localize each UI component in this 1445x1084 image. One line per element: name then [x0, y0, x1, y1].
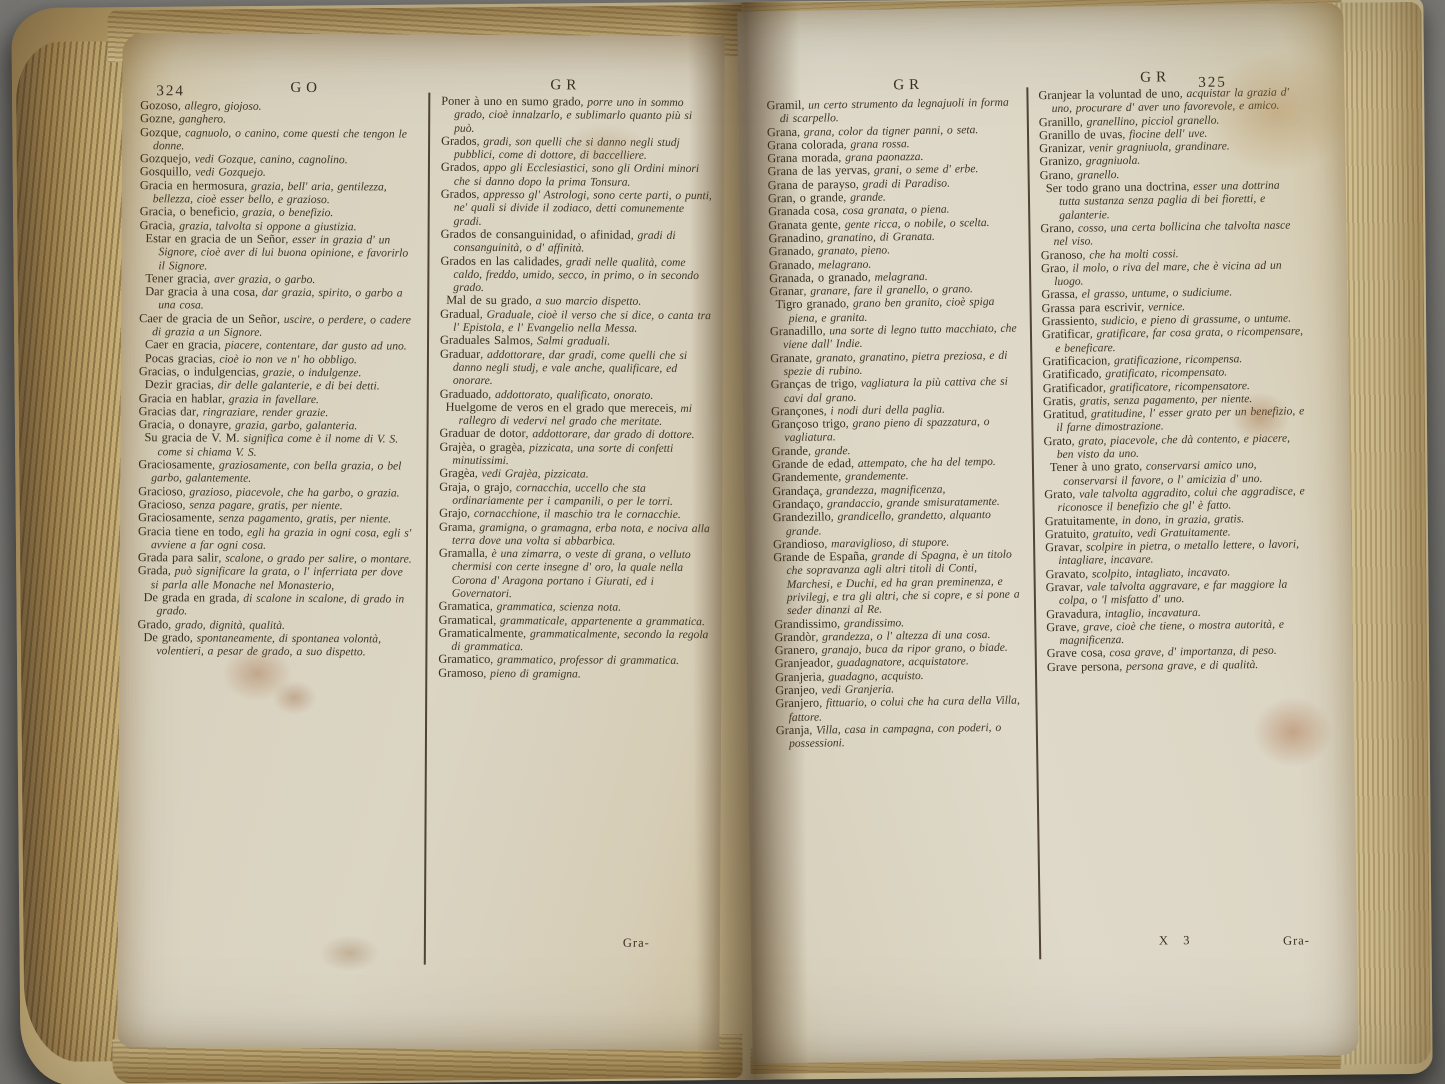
dictionary-entry: Dar gracia à una cosa, dar grazia, spiri… — [139, 285, 415, 313]
entry-definition: , grazioso, piacevole, che ha garbo, o g… — [183, 485, 400, 499]
dictionary-entry: Gravar, vale talvolta aggravare, e far m… — [1046, 577, 1308, 607]
entry-definition: , gragniuola. — [1079, 154, 1140, 168]
dictionary-entry: Graduar, addottorare, dar gradi, come qu… — [440, 347, 712, 388]
entry-headword: Gozoso — [140, 99, 178, 112]
left-page: 324 GO GR Gozoso, allegro, giojoso.Gozne… — [117, 33, 724, 1050]
entry-headword: Tener gracia — [145, 271, 207, 285]
entry-headword: Pocas gracias — [145, 351, 213, 365]
dictionary-entry: Gratitud, gratitudine, l' esser grato pe… — [1043, 404, 1305, 434]
dictionary-entry: Grada, può significare la grata, o l' in… — [138, 565, 414, 593]
entry-headword: Gratificador — [1043, 380, 1103, 395]
entry-headword: Grançoso trigo — [771, 416, 846, 431]
left-catchword: Gra- — [623, 936, 650, 951]
entry-definition: , cosa granata, o piena. — [836, 203, 950, 218]
entry-definition: , pieno di gramigna. — [483, 667, 580, 681]
dictionary-entry: Grave persona, persona grave, e di quali… — [1047, 657, 1309, 674]
entry-headword: Gramalla — [439, 546, 485, 560]
dictionary-entry: De grado, spontaneamente, di spontanea v… — [137, 631, 413, 659]
entry-definition: , addottorare, dar grado di dottore. — [526, 428, 695, 442]
dictionary-entry: Grados de consanguinidad, o afinidad, gr… — [440, 228, 712, 256]
entry-definition: , grammatica, scienza nota. — [490, 600, 621, 614]
entry-definition: , grana, color da tigner panni, o seta. — [797, 123, 978, 139]
entry-definition: , Villa, casa in campagna, con poderi, o… — [789, 721, 1001, 750]
dictionary-entry: Graja, o grajo, cornacchia, uccello che … — [439, 480, 711, 508]
entry-headword: Grado — [138, 617, 169, 631]
entry-headword: Grajo — [439, 506, 467, 520]
dictionary-entry: Ser todo grano una doctrina, esser una d… — [1040, 178, 1303, 222]
entry-headword: Gragèa — [439, 466, 475, 480]
gathering-signature: X 3 — [1159, 933, 1196, 949]
entry-definition: , guadagnatore, acquistatore. — [830, 655, 969, 670]
entry-headword: Gravadura — [1046, 606, 1098, 621]
entry-headword: Grados — [441, 134, 477, 148]
dictionary-entry: Grados, appo gli Ecclesiastici, sono gli… — [441, 161, 713, 189]
entry-definition: , grazia, o benefizio. — [236, 206, 334, 220]
entry-definition: , piacere, contentare, dar gusto ad uno. — [218, 339, 407, 353]
dictionary-entry: Grados, gradi, son quelli che si danno n… — [441, 135, 713, 163]
open-book: 324 GO GR Gozoso, allegro, giojoso.Gozne… — [11, 0, 1432, 1084]
entry-definition: , cosso, una certa bollicina che talvolt… — [1054, 218, 1291, 248]
entry-headword: Grados de consanguinidad, o afinidad — [441, 227, 631, 242]
entry-definition: , appresso gl' Astrologi, sono certe par… — [454, 188, 712, 228]
entry-definition: , guadagno, acquisto. — [821, 669, 923, 684]
entry-headword: Gracia en hablar — [139, 391, 222, 405]
entry-headword: Granjeador — [775, 656, 831, 671]
entry-definition: , gratitudine, l' esser grato per un ben… — [1056, 404, 1304, 434]
entry-definition: , che ha molti cossi. — [1082, 247, 1178, 261]
dictionary-entry: Granadillo, una sorte di legno tutto mac… — [770, 322, 1022, 352]
entry-headword: Gramatical — [439, 612, 494, 626]
dictionary-entry: Caer de gracia de un Señor, uscire, o pe… — [139, 312, 415, 340]
dictionary-entry: Estar en gracia de un Señor, esser in gr… — [139, 232, 415, 273]
entry-headword: Grama — [439, 519, 473, 533]
entry-definition: , grazia, garbo, galanteria. — [228, 419, 357, 433]
entry-headword: Gratitud — [1043, 407, 1084, 422]
entry-headword: Grano — [1040, 168, 1071, 182]
entry-headword: Poner à uno en sumo grado — [441, 95, 580, 109]
left-page-column-1: Gozoso, allegro, giojoso.Gozne, ganghero… — [136, 99, 416, 956]
entry-headword: Gozque — [140, 125, 178, 139]
entry-headword: Grato — [1044, 487, 1072, 501]
entry-definition: , grazie, o indulgenze. — [256, 366, 361, 380]
entry-definition: , grazia in favellare. — [222, 392, 319, 406]
entry-definition: , addottorare, dar gradi, come quelli ch… — [453, 348, 687, 388]
entry-headword: Caer en gracia — [145, 338, 218, 352]
entry-headword: Grassa — [1041, 287, 1075, 301]
entry-headword: De grado — [143, 630, 189, 644]
entry-headword: Grandezillo — [773, 510, 831, 525]
dictionary-entry: Granate, granato, granatino, pietra prez… — [770, 348, 1022, 378]
entry-headword: Granadino — [768, 230, 820, 245]
entry-headword: Gracioso — [138, 484, 182, 498]
entry-headword: Gramatico — [438, 652, 490, 666]
entry-headword: Grave persona — [1047, 659, 1120, 674]
dictionary-entry: Gramaticalmente, grammaticalmente, secon… — [438, 627, 710, 655]
entry-definition: , grana rossa. — [844, 137, 910, 151]
entry-definition: , ganghero. — [172, 113, 226, 126]
dictionary-entry: Grama, gramigna, o gramagna, erba nota, … — [439, 520, 711, 548]
dictionary-entry: De grada en grada, di scalone in scalone… — [138, 591, 414, 619]
entry-headword: Granja — [776, 723, 810, 737]
entry-definition: , gratificare, far cosa grata, o ricompe… — [1055, 325, 1303, 355]
right-page-column-2: Granjear la voluntad de uno, acquistar l… — [1038, 85, 1313, 941]
entry-headword: Su gracia de V. M. — [144, 431, 239, 445]
entry-headword: Graja, o grajo — [439, 479, 509, 493]
dictionary-entry: Grato, vale talvolta aggradito, colui ch… — [1044, 484, 1306, 514]
entry-headword: Grave — [1046, 620, 1076, 634]
entry-headword: Gramil — [766, 98, 801, 113]
dictionary-entry: Grançoso trigo, grano pieno di spazzatur… — [771, 415, 1023, 445]
entry-definition: , grande. — [843, 191, 886, 205]
entry-definition: , melagrana. — [868, 270, 928, 284]
entry-definition: , Salmi graduali. — [530, 335, 610, 348]
dictionary-entry: Tigro granado, grano ben granito, cioè s… — [769, 295, 1021, 325]
entry-headword: Granata gente — [768, 217, 838, 232]
entry-definition: , persona grave, e di qualità. — [1119, 658, 1258, 673]
entry-headword: Gramoso — [438, 665, 483, 679]
entry-headword: Granadillo — [770, 324, 823, 339]
entry-headword: Graciosamente — [138, 510, 212, 524]
entry-definition: , scalone, o grado per salire, o montare… — [218, 552, 411, 566]
entry-headword: Gratuitamente — [1045, 513, 1116, 528]
entry-headword: Gratuito — [1045, 526, 1086, 541]
dictionary-entry: Gramoso, pieno di gramigna. — [438, 666, 710, 681]
entry-definition: , vale talvolta aggravare, e far maggior… — [1059, 578, 1288, 608]
entry-headword: Gracia en hermosura — [140, 178, 245, 193]
entry-definition: , intaglio, incavatura. — [1098, 605, 1201, 620]
right-page-column-1: Gramil, un certo strumento da legnajuoli… — [766, 96, 1031, 952]
dictionary-entry: Gradual, Graduale, cioè il verso che si … — [440, 307, 712, 335]
entry-definition: , gradi di Paradiso. — [856, 176, 950, 190]
entry-definition: , attempato, che ha del tempo. — [851, 455, 996, 470]
dictionary-entry: Granças de trigo, vagliatura la più catt… — [771, 375, 1023, 405]
left-page-block-edge — [16, 41, 135, 1062]
entry-headword: Granate — [770, 350, 809, 365]
entry-definition: , Graduale, cioè il verso che si dice, o… — [453, 308, 711, 335]
entry-headword: Grados — [441, 187, 477, 201]
entry-headword: Gosquillo — [140, 165, 189, 179]
entry-headword: Granças de trigo — [771, 376, 854, 391]
entry-definition: , vedi Gozque, canino, cagnolino. — [188, 153, 348, 167]
entry-headword: Grada — [138, 564, 168, 578]
dictionary-entry: Grandezillo, grandicello, grandetto, alq… — [773, 508, 1025, 538]
entry-headword: Gramaticalmente — [438, 626, 523, 640]
entry-definition: , vedi Granjeria. — [815, 683, 894, 697]
entry-definition: , scolpire in pietra, o metallo lettere,… — [1058, 538, 1299, 568]
entry-headword: Gozquejo — [140, 151, 188, 165]
entry-definition: , fittuario, o colui che ha cura della V… — [789, 694, 1020, 724]
dictionary-entry: Granja, Villa, casa in campagna, con pod… — [776, 720, 1028, 750]
dictionary-entry: Grande de España, grande di Spagna, è un… — [773, 548, 1026, 618]
entry-headword: Grano — [1040, 221, 1071, 235]
entry-headword: Gravar — [1046, 580, 1080, 595]
dictionary-entry: Grajèa, o gragèa, pizzicata, una sorte d… — [439, 440, 711, 468]
dictionary-entry: Gracia tiene en todo, egli ha grazia in … — [138, 525, 414, 553]
dictionary-entry: Su gracia de V. M. significa come è il n… — [138, 432, 414, 460]
entry-headword: Grajèa, o gragèa — [439, 439, 522, 453]
dictionary-entry: Graciosamente, graziosamente, con bella … — [138, 458, 414, 486]
entry-definition: , cornacchione, il maschio tra le cornac… — [467, 507, 681, 521]
dictionary-entry: Gracia en hermosura, grazia, bell' aria,… — [140, 179, 416, 207]
entry-headword: Grados en las calidades — [440, 253, 559, 268]
entry-definition: , gramigna, o gramagna, erba nota, e noc… — [452, 520, 710, 547]
left-page-column-2: Poner à uno en sumo grado, porre uno in … — [437, 95, 713, 952]
entry-headword: Granada, o granado — [769, 270, 868, 285]
dictionary-entry: Granjear la voluntad de uno, acquistar l… — [1038, 85, 1300, 115]
entry-headword: Caer de gracia de un Señor — [139, 311, 277, 326]
dictionary-entry: Grajo, cornacchione, il maschio tra le c… — [439, 507, 711, 522]
dictionary-entry: Gramalla, è una zimarra, o veste di gran… — [439, 547, 711, 602]
entry-definition: , vernice. — [1141, 300, 1185, 314]
dictionary-entry: Gramil, un certo strumento da legnajuoli… — [766, 96, 1018, 126]
entry-headword: Huelgome de veros en el grado que merece… — [446, 400, 674, 415]
dictionary-entry: Granjero, fittuario, o colui che ha cura… — [775, 694, 1027, 724]
dictionary-entry: Mal de su grado, a suo marcio dispetto. — [440, 294, 712, 309]
entry-headword: Grande de España — [773, 549, 865, 564]
dictionary-entry: Poner à uno en sumo grado, porre uno in … — [441, 95, 713, 136]
left-running-head-col2: GR — [550, 77, 581, 94]
right-running-head-col2: GR — [1140, 69, 1171, 86]
entry-definition: , granato, pieno. — [811, 244, 890, 258]
entry-definition: , grammaticale, appartenente a grammatic… — [493, 614, 705, 628]
entry-headword: Gratificar — [1042, 327, 1090, 342]
entry-headword: Dar gracia à una cosa — [145, 284, 255, 299]
entry-headword: Graduar de dotor — [440, 426, 526, 440]
photo-of-open-dictionary: { "colors":{"background":"#8f8e8a","pape… — [0, 0, 1445, 1084]
entry-definition: , grammatico, professor di grammatica. — [490, 653, 679, 667]
entry-definition: , granato, granatino, pietra preziosa, e… — [783, 348, 1007, 378]
dictionary-entry: Grados, appresso gl' Astrologi, sono cer… — [441, 188, 713, 229]
entry-definition: , fiocine dell' uve. — [1122, 127, 1207, 141]
entry-definition: , grandemente. — [838, 470, 908, 484]
entry-headword: Graduado — [440, 386, 489, 400]
dictionary-entry: Grato, grato, piacevole, che dà contento… — [1043, 431, 1305, 461]
entry-headword: Gravar — [1045, 540, 1079, 555]
entry-headword: Gracioso — [138, 497, 182, 511]
entry-definition: , gente ricca, o nobile, o scelta. — [838, 216, 990, 231]
left-running-head-col1: GO — [290, 80, 322, 97]
entry-headword: Gramatica — [439, 599, 490, 613]
entry-definition: , il molo, o riva del mare, che è vicina… — [1054, 259, 1282, 289]
dictionary-entry: Grano, cosso, una certa bollicina che ta… — [1040, 218, 1302, 248]
entry-headword: Grandissimo — [774, 616, 837, 631]
entry-headword: Graciosamente — [138, 457, 212, 471]
entry-headword: Grande — [772, 443, 808, 458]
right-catchword: Gra- — [1283, 933, 1310, 948]
entry-definition: , cagnuolo, o canino, come questi che te… — [153, 126, 407, 152]
entry-definition: , grato, piacevole, che dà contento, e p… — [1057, 431, 1290, 461]
entry-definition: , allegro, giojoso. — [178, 99, 262, 112]
entry-headword: Tigro granado — [775, 297, 846, 312]
entry-headword: Grao — [1041, 261, 1066, 275]
dictionary-entry: Gravar, scolpire in pietra, o metallo le… — [1045, 537, 1307, 567]
entry-headword: Grandemente — [772, 470, 838, 485]
dictionary-entry: Grao, il molo, o riva del mare, che è vi… — [1041, 258, 1303, 288]
entry-definition: , granatino, di Granata. — [820, 230, 935, 245]
entry-definition: , appo gli Ecclesiastici, sono gli Ordin… — [454, 161, 699, 188]
entry-headword: Grana — [767, 124, 797, 138]
entry-headword: Grato — [1043, 434, 1071, 448]
entry-headword: Gradual — [440, 306, 480, 320]
entry-definition: , un certo strumento da legnajuoli in fo… — [780, 96, 1009, 126]
left-column-rule — [424, 93, 430, 965]
dictionary-entry: Gratificar, gratificare, far cosa grata,… — [1042, 325, 1304, 355]
entry-headword: Gratis — [1043, 394, 1073, 408]
entry-definition: , dir delle galanterie, e di bei detti. — [211, 379, 380, 393]
entry-definition: , è una zimarra, o veste di grana, o vel… — [452, 547, 691, 600]
entry-headword: Estar en gracia de un Señor — [146, 231, 286, 246]
dictionary-entry: Tener à uno grato, conservarsi amico uno… — [1044, 458, 1306, 488]
entry-headword: Graduales Salmos — [440, 333, 530, 347]
entry-headword: Gracia — [140, 218, 173, 232]
entry-headword: Granizo — [1039, 154, 1079, 169]
right-running-head-col1: GR — [893, 77, 924, 94]
entry-headword: Graduar — [440, 346, 480, 360]
entry-headword: Granoso — [1041, 247, 1083, 262]
entry-headword: Gracia tiene en todo — [138, 524, 240, 539]
entry-definition: , el grasso, untume, o sudiciume. — [1075, 286, 1233, 301]
entry-headword: De grada en grada — [144, 590, 237, 604]
entry-headword: Granar — [769, 284, 803, 299]
entry-headword: Grados — [441, 160, 477, 174]
entry-headword: Granjero — [775, 696, 819, 711]
entry-definition: , gradi, son quelli che si danno negli s… — [454, 135, 680, 162]
entry-headword: Gracias dar — [139, 404, 196, 418]
entry-headword: Mal de su grado — [446, 293, 529, 307]
entry-headword: Gracia, o beneficio — [140, 205, 236, 220]
entry-headword: Dezir gracias — [145, 377, 211, 391]
left-page-number: 324 — [156, 83, 185, 100]
entry-headword: Gozne — [140, 111, 172, 125]
entry-definition: , a suo marcio dispetto. — [529, 295, 641, 309]
entry-definition: , grani, o seme d' erbe. — [867, 163, 978, 178]
entry-definition: , grave, cioè che tiene, o mostra autori… — [1059, 618, 1284, 648]
dictionary-entry: Grados en las calidades, gradi nelle qua… — [440, 254, 712, 295]
entry-headword: Grada para salir — [138, 550, 219, 564]
entry-headword: Tener à uno grato — [1050, 459, 1139, 474]
entry-definition: , grandissimo. — [837, 616, 904, 630]
entry-headword: Gracia, o donayre — [139, 417, 229, 431]
entry-definition: , spontaneamente, di spontanea volontà, … — [156, 631, 381, 658]
dictionary-entry: Gozque, cagnuolo, o canino, come questi … — [140, 126, 416, 154]
entry-definition: , può significare la grata, o l' inferri… — [151, 565, 403, 592]
right-page: GR GR 325 Gramil, un certo strumento da … — [737, 3, 1359, 1064]
entry-definition: , venir gragniuola, grandinare. — [1082, 140, 1230, 155]
dictionary-entry: Huelgome de veros en el grado que merece… — [440, 401, 712, 429]
entry-definition: , vale talvolta aggradito, colui che agg… — [1057, 484, 1304, 514]
